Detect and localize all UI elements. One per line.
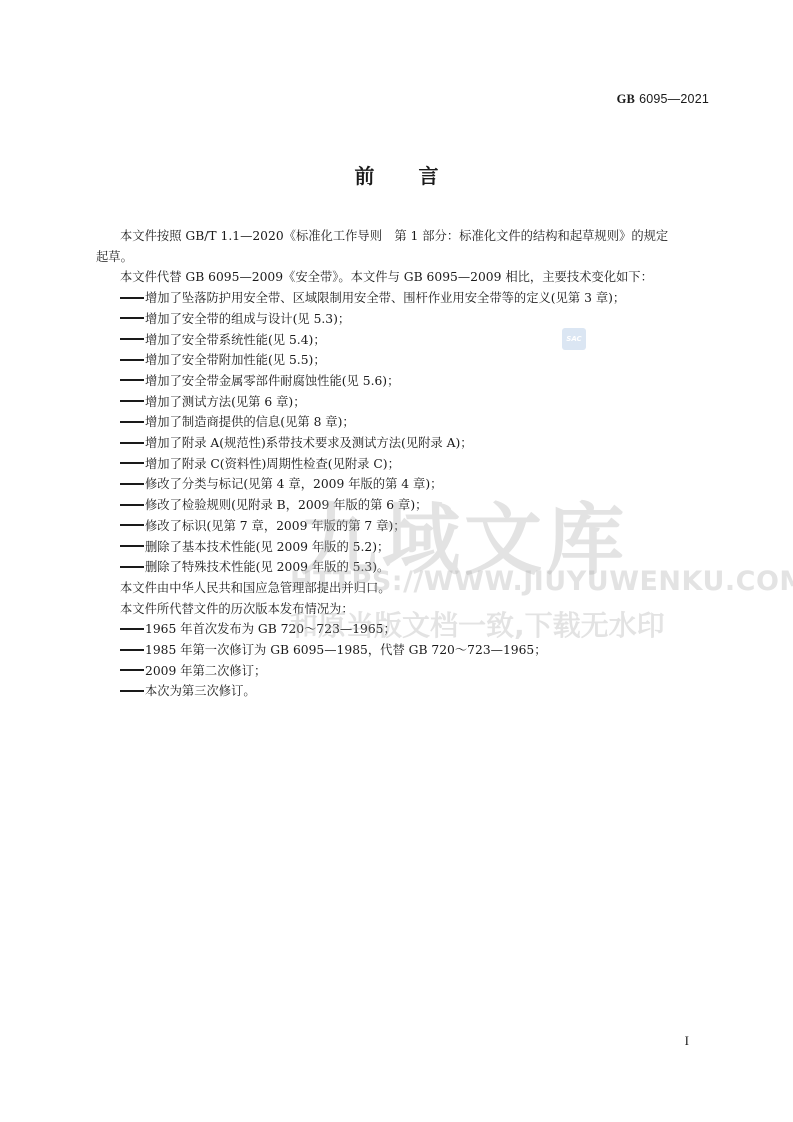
em-dash-icon <box>120 317 144 319</box>
foreword-body: 本文件按照 GB/T 1.1—2020《标准化工作导则 第 1 部分：标准化文件… <box>96 226 712 702</box>
paragraph-replaces: 本文件代替 GB 6095—2009《安全带》。本文件与 GB 6095—200… <box>96 267 712 288</box>
title-char-1: 前 <box>355 160 375 189</box>
standard-code: GB6095—2021 <box>617 92 709 107</box>
em-dash-icon <box>120 421 144 423</box>
standard-prefix: GB <box>617 92 635 106</box>
page-number: I <box>685 1033 689 1049</box>
em-dash-icon <box>120 442 144 444</box>
list-item: 增加了安全带的组成与设计(见 5.3)； <box>96 309 712 330</box>
em-dash-icon <box>120 504 144 506</box>
changes-list: 增加了坠落防护用安全带、区域限制用安全带、围杆作业用安全带等的定义(见第 3 章… <box>96 288 712 578</box>
list-item: 增加了安全带附加性能(见 5.5)； <box>96 350 712 371</box>
list-item: 2009 年第二次修订； <box>96 661 712 682</box>
list-item: 增加了安全带金属零部件耐腐蚀性能(见 5.6)； <box>96 371 712 392</box>
em-dash-icon <box>120 379 144 381</box>
list-item: 本次为第三次修订。 <box>96 681 712 702</box>
paragraph-drafting-rule: 本文件按照 GB/T 1.1—2020《标准化工作导则 第 1 部分：标准化文件… <box>96 226 712 247</box>
list-item: 增加了附录 C(资料性)周期性检查(见附录 C)； <box>96 454 712 475</box>
list-item: 1985 年第一次修订为 GB 6095—1985，代替 GB 720～723—… <box>96 640 712 661</box>
history-list: 1965 年首次发布为 GB 720～723—1965； 1985 年第一次修订… <box>96 619 712 702</box>
em-dash-icon <box>120 400 144 402</box>
list-item: 删除了特殊技术性能(见 2009 年版的 5.3)。 <box>96 557 712 578</box>
list-item: 增加了安全带系统性能(见 5.4)； <box>96 330 712 351</box>
standard-number: 6095—2021 <box>639 92 709 106</box>
em-dash-icon <box>120 669 144 671</box>
em-dash-icon <box>120 545 144 547</box>
list-item: 修改了检验规则(见附录 B，2009 年版的第 6 章)； <box>96 495 712 516</box>
list-item: 增加了制造商提供的信息(见第 8 章)； <box>96 412 712 433</box>
list-item: 增加了坠落防护用安全带、区域限制用安全带、围杆作业用安全带等的定义(见第 3 章… <box>96 288 712 309</box>
paragraph-drafting-rule-cont: 起草。 <box>96 247 712 268</box>
em-dash-icon <box>120 338 144 340</box>
document-page: GB6095—2021 前言 SAC 本文件按照 GB/T 1.1—2020《标… <box>0 0 793 1122</box>
em-dash-icon <box>120 566 144 568</box>
em-dash-icon <box>120 524 144 526</box>
paragraph-history-intro: 本文件所代替文件的历次版本发布情况为： <box>96 599 712 620</box>
list-item: 增加了测试方法(见第 6 章)； <box>96 392 712 413</box>
em-dash-icon <box>120 297 144 299</box>
em-dash-icon <box>120 690 144 692</box>
list-item: 删除了基本技术性能(见 2009 年版的 5.2)； <box>96 537 712 558</box>
em-dash-icon <box>120 462 144 464</box>
page-title: 前言 <box>0 160 793 189</box>
em-dash-icon <box>120 628 144 630</box>
list-item: 修改了标识(见第 7 章，2009 年版的第 7 章)； <box>96 516 712 537</box>
paragraph-proposed-by: 本文件由中华人民共和国应急管理部提出并归口。 <box>96 578 712 599</box>
list-item: 1965 年首次发布为 GB 720～723—1965； <box>96 619 712 640</box>
em-dash-icon <box>120 483 144 485</box>
em-dash-icon <box>120 359 144 361</box>
title-char-2: 言 <box>419 160 439 189</box>
list-item: 增加了附录 A(规范性)系带技术要求及测试方法(见附录 A)； <box>96 433 712 454</box>
em-dash-icon <box>120 649 144 651</box>
list-item: 修改了分类与标记(见第 4 章，2009 年版的第 4 章)； <box>96 474 712 495</box>
